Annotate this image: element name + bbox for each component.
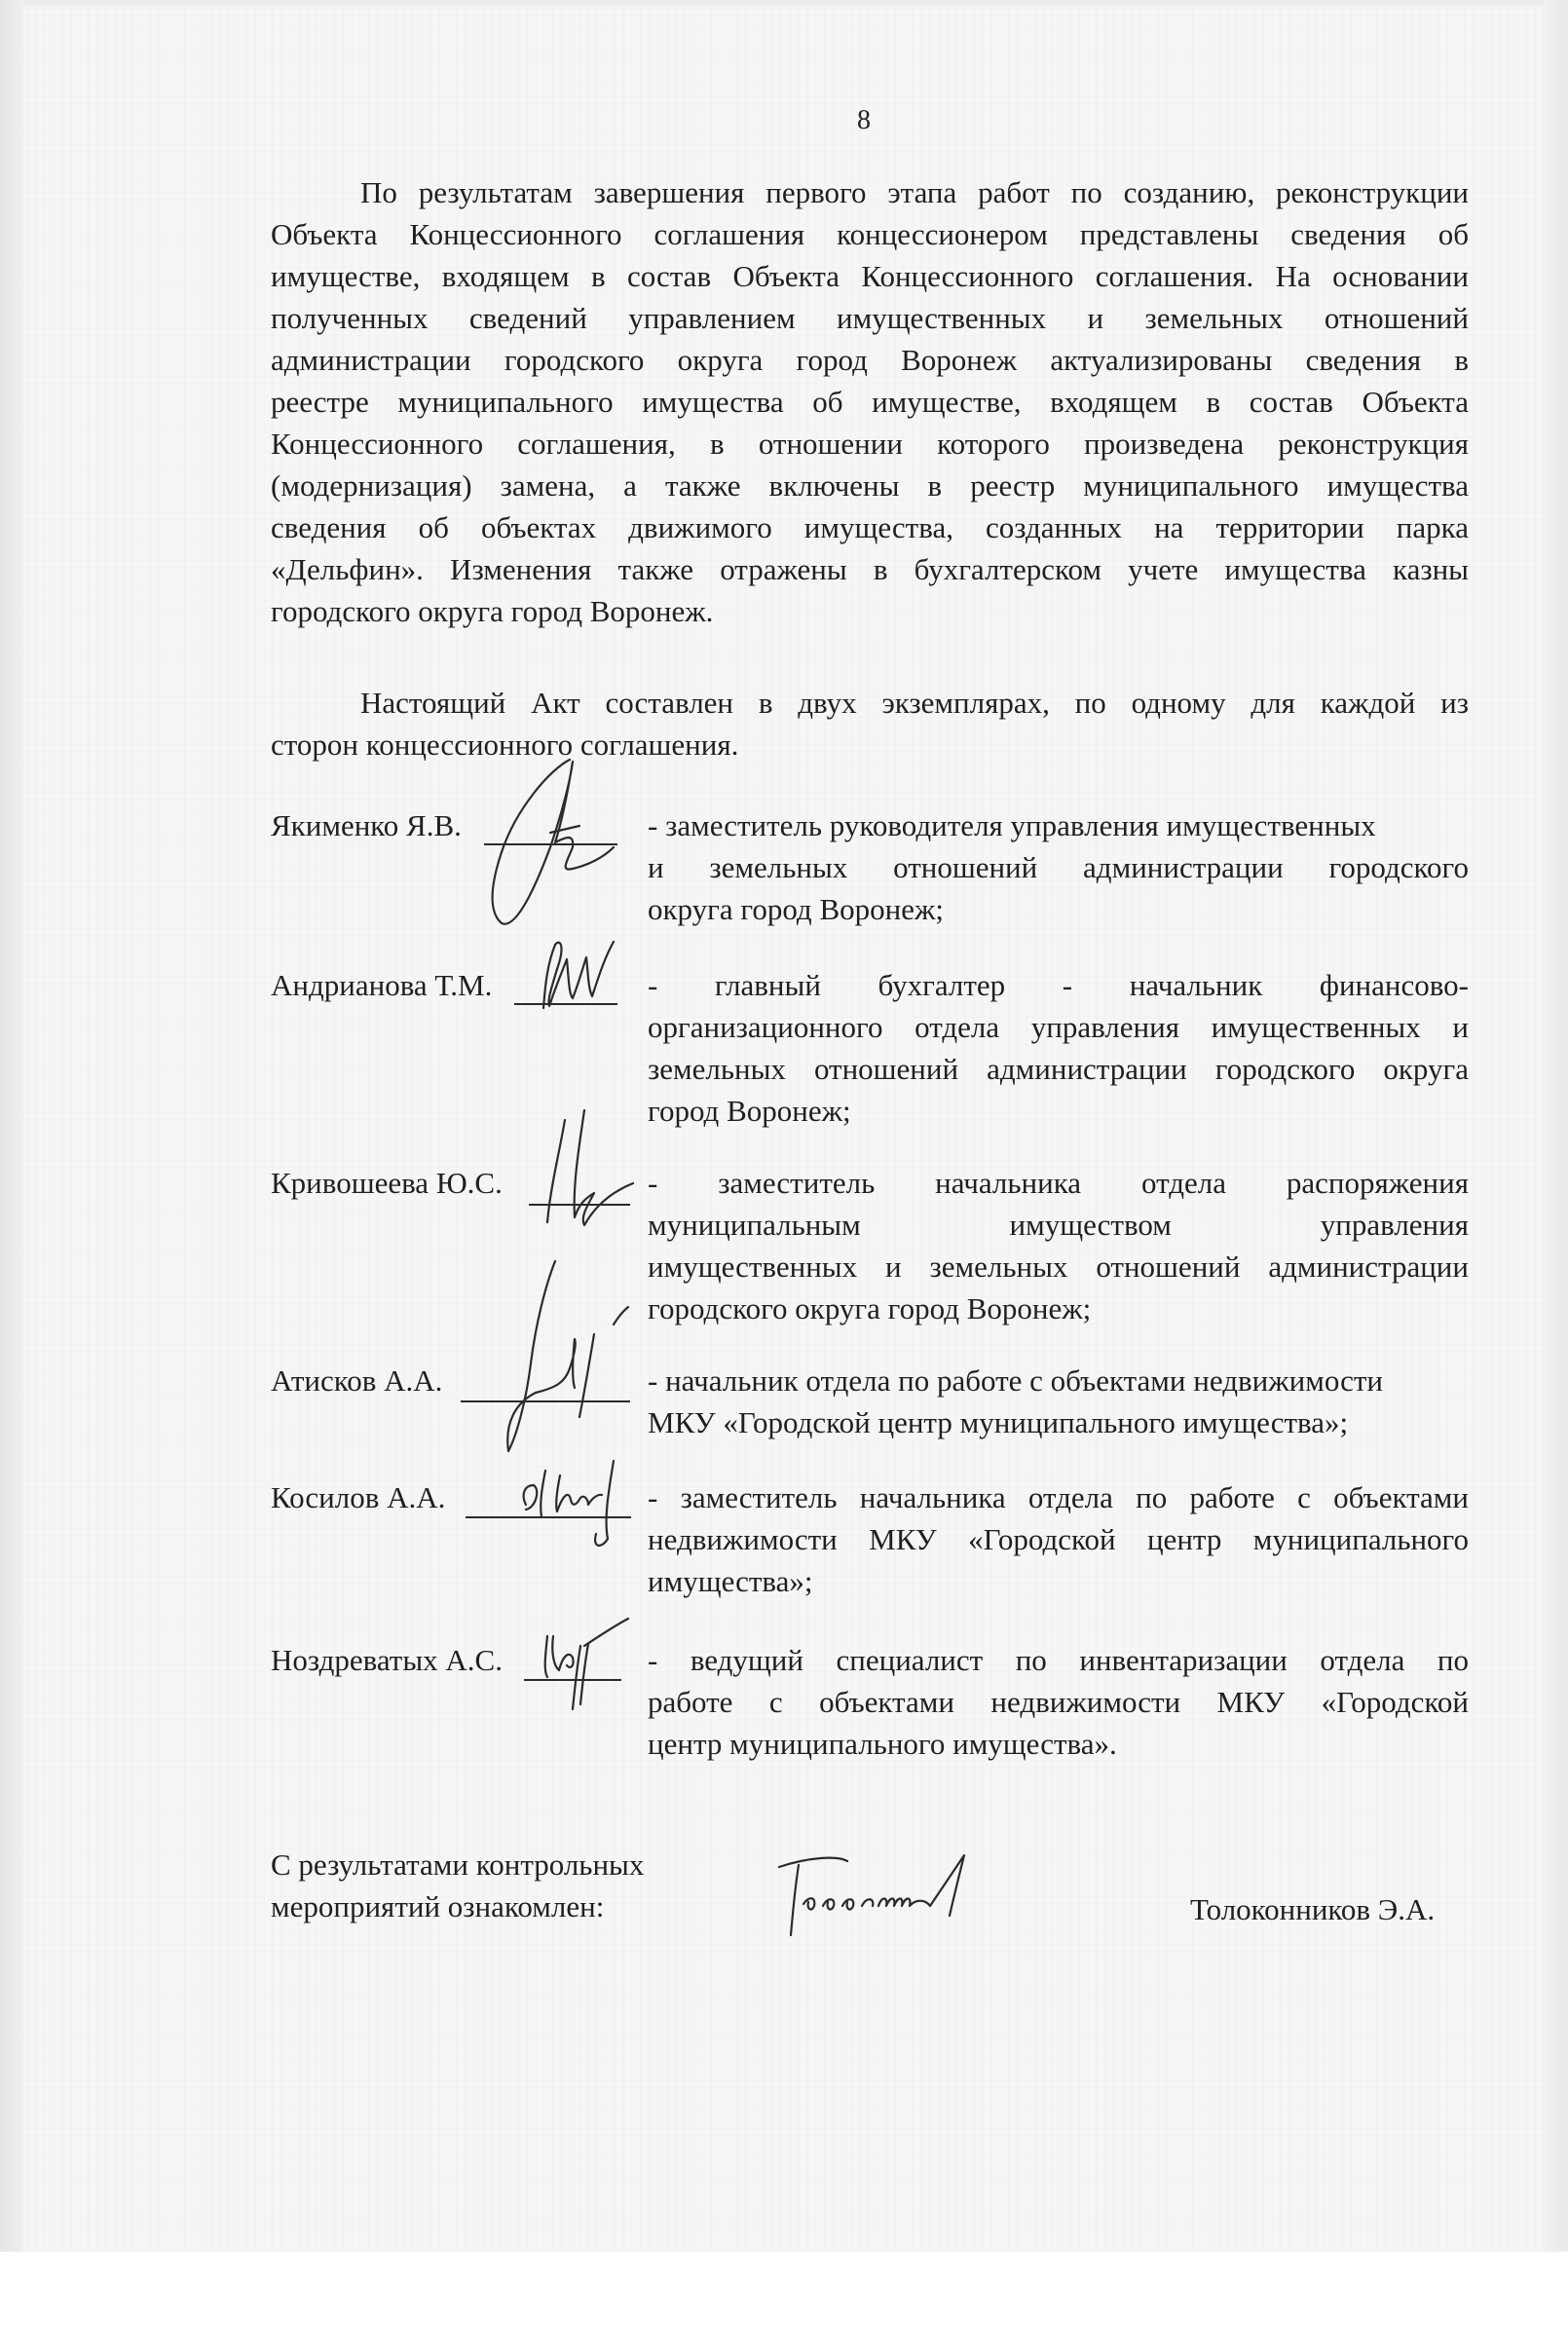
paragraph-line: городского округа город Воронеж. [271,590,713,632]
handwritten-signature [526,930,643,1027]
position-line: - заместитель начальника отдела распоряж… [648,1162,1469,1204]
handwritten-signature [769,1846,1042,1953]
paragraph-line: По результатам завершения первого этапа … [360,171,1469,213]
acknowledgement-name: Толоконников Э.А. [1190,1888,1435,1930]
position-line: и земельных отношений администрации горо… [648,846,1469,888]
position-line: недвижимости МКУ «Городской центр муници… [648,1518,1469,1560]
signatory-name: Ноздреватых А.С. [271,1639,503,1681]
signatory-name: Косилов А.А. [271,1476,445,1518]
scan-edge-right [1543,0,1568,2252]
paragraph-line: сторон концессионного соглашения. [271,724,738,765]
acknowledgement-label: С результатами контрольных [271,1844,644,1885]
paragraph-line: Настоящий Акт составлен в двух экземпляр… [360,682,1469,724]
paragraph-line: реестре муниципального имущества об имущ… [271,381,1469,423]
paragraph-line: Концессионного соглашения, в отношении к… [271,423,1469,465]
position-line: городского округа город Воронеж; [648,1287,1091,1329]
scanned-page: 8 По результатам завершения первого этап… [0,0,1568,2252]
paragraph-line: сведения об объектах движимого имущества… [271,506,1469,548]
paragraph-line: Объекта Концессионного соглашения концес… [271,213,1469,255]
scan-edge-top [23,0,1543,6]
signatory-name: Андрианова Т.М. [271,964,492,1006]
position-line: - начальник отдела по работе с объектами… [648,1360,1383,1401]
signatory-name: Якименко Я.В. [271,804,462,846]
paragraph-line: (модернизация) замена, а также включены … [271,465,1469,506]
position-line: работе с объектами недвижимости МКУ «Гор… [648,1681,1469,1723]
signatory-name: Атисков А.А. [271,1360,442,1401]
signature-line [524,1679,621,1681]
position-line: - ведущий специалист по инвентаризации о… [648,1639,1469,1681]
handwritten-signature [526,1617,643,1724]
position-line: - заместитель начальника отдела по работ… [648,1476,1469,1518]
position-line: имущества»; [648,1560,813,1602]
position-line: МКУ «Городской центр муниципального имущ… [648,1401,1348,1443]
position-line: город Воронеж; [648,1090,851,1132]
position-line: муниципальным имуществом управления [648,1204,1469,1246]
position-line: округа город Воронеж; [648,888,944,930]
acknowledgement-label: мероприятий ознакомлен: [271,1885,604,1927]
handwritten-signature [506,1451,643,1558]
position-line: центр муниципального имущества». [648,1723,1117,1765]
position-line: земельных отношений администрации городс… [648,1048,1469,1090]
paragraph-line: «Дельфин». Изменения также отражены в бу… [271,548,1469,590]
paragraph-line: администрации городского округа город Во… [271,339,1469,381]
signature-line [466,1516,631,1518]
handwritten-signature [458,740,653,935]
paragraph-line: полученных сведений управлением имуществ… [271,297,1469,339]
signature-line [529,1204,630,1206]
position-line: организационного отдела управления имуще… [648,1006,1469,1048]
handwritten-signature [477,1247,643,1461]
signature-line [484,843,617,845]
position-line: - заместитель руководителя управления им… [648,804,1376,846]
page-number: 8 [857,105,871,136]
signature-line [461,1400,630,1402]
paragraph-line: имуществе, входящем в состав Объекта Кон… [271,255,1469,297]
handwritten-signature [526,1101,662,1237]
position-line: имущественных и земельных отношений адми… [648,1246,1469,1287]
signature-line [514,1003,617,1005]
signatory-name: Кривошеева Ю.С. [271,1162,503,1204]
position-line: - главный бухгалтер - начальник финансов… [648,964,1469,1006]
scan-edge-left [0,0,23,2252]
